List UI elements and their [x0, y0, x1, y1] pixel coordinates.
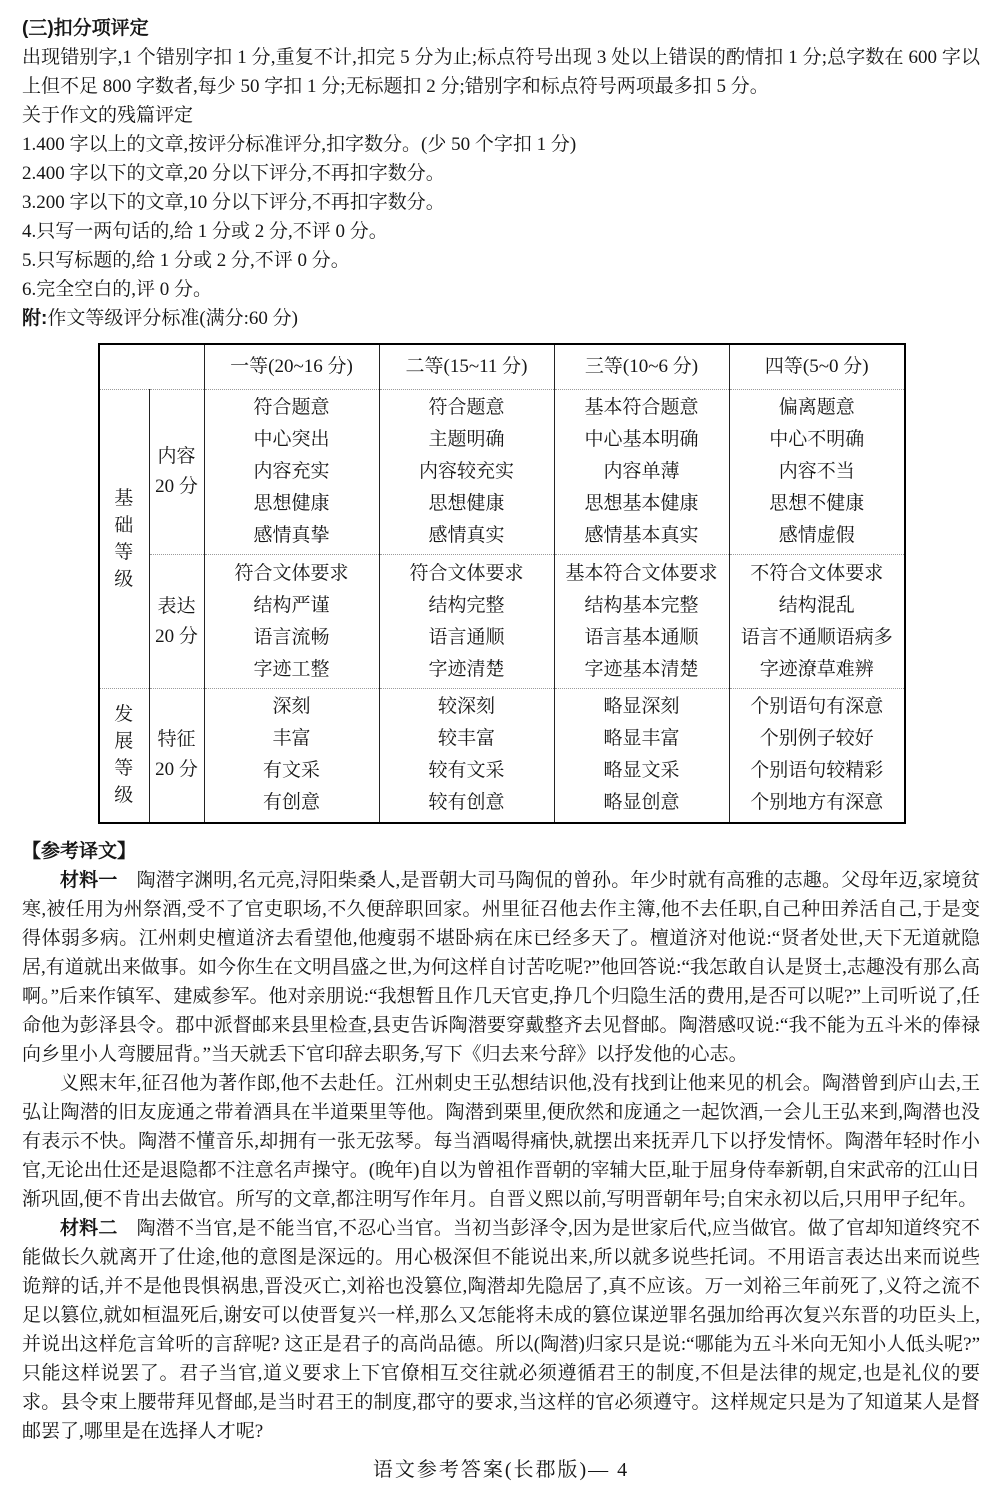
- table-caption-lead: 附:: [22, 308, 47, 329]
- cell-line: 结构基本完整: [555, 590, 729, 622]
- material-1-paragraph-1: 材料一 陶潜字渊明,名元亮,浔阳柴桑人,是晋朝大司马陶侃的曾孙。年少时就有高雅的…: [22, 866, 980, 1069]
- material-2-paragraph: 材料二 陶潜不当官,是不能当官,不忍心当官。当初当彭泽令,因为是世家后代,应当做…: [22, 1214, 980, 1446]
- rule-typo-punctuation: 出现错别字,1 个错别字扣 1 分,重复不计,扣完 5 分为止;标点符号出现 3…: [22, 43, 980, 101]
- cell-content-grade4: 偏离题意中心不明确内容不当思想不健康感情虚假: [729, 390, 905, 555]
- cell-line: 字迹清楚: [380, 654, 554, 686]
- material-2-text: 陶潜不当官,是不能当官,不忍心当官。当初当彭泽令,因为是世家后代,应当做官。做了…: [22, 1218, 980, 1442]
- cell-line: 语言通顺: [380, 622, 554, 654]
- cell-line: 中心基本明确: [555, 424, 729, 456]
- cell-line: 符合文体要求: [205, 558, 379, 590]
- rule-item-3: 3.200 字以下的文章,10 分以下评分,不再扣字数分。: [22, 188, 980, 217]
- table-row-feature: 发展等级 特征20 分 深刻丰富有文采有创意 较深刻较丰富较有文采较有创意 略显…: [99, 689, 905, 823]
- cell-line: 思想基本健康: [555, 488, 729, 520]
- cell-line: 略显文采: [555, 755, 729, 787]
- row-label-feature: 特征20 分: [149, 689, 204, 823]
- cell-line: 感情基本真实: [555, 520, 729, 552]
- table-row-content: 基础等级 内容20 分 符合题意中心突出内容充实思想健康感情真挚 符合题意主题明…: [99, 390, 905, 555]
- rule-item-2: 2.400 字以下的文章,20 分以下评分,不再扣字数分。: [22, 159, 980, 188]
- reference-translation-section: 【参考译文】 材料一 陶潜字渊明,名元亮,浔阳柴桑人,是晋朝大司马陶侃的曾孙。年…: [22, 837, 980, 1446]
- table-row-expression: 表达20 分 符合文体要求结构严谨语言流畅字迹工整 符合文体要求结构完整语言通顺…: [99, 555, 905, 689]
- cell-line: 符合文体要求: [380, 558, 554, 590]
- cell-feature-grade1: 深刻丰富有文采有创意: [204, 689, 379, 823]
- cell-line: 基本符合文体要求: [555, 558, 729, 590]
- cell-line: 内容不当: [730, 456, 905, 488]
- document-page: (三)扣分项评定 出现错别字,1 个错别字扣 1 分,重复不计,扣完 5 分为止…: [0, 0, 1000, 1509]
- deduction-heading: (三)扣分项评定: [22, 14, 980, 43]
- row-label-expression: 表达20 分: [149, 555, 204, 689]
- cell-line: 略显深刻: [555, 691, 729, 723]
- grading-table: 一等(20~16 分) 二等(15~11 分) 三等(10~6 分) 四等(5~…: [98, 343, 906, 824]
- cell-line: 表达: [150, 592, 204, 622]
- table-corner-cell: [99, 344, 204, 390]
- table-caption-text: 作文等级评分标准(满分:60 分): [47, 308, 298, 329]
- cell-line: 20 分: [150, 755, 204, 785]
- header-grade-1: 一等(20~16 分): [204, 344, 379, 390]
- cell-line: 较有创意: [380, 787, 554, 819]
- cell-line: 内容: [150, 442, 204, 472]
- table-caption: 附:作文等级评分标准(满分:60 分): [22, 304, 980, 333]
- cell-line: 语言流畅: [205, 622, 379, 654]
- header-grade-3: 三等(10~6 分): [554, 344, 729, 390]
- page-footer: 语文参考答案(长郡版)— 4: [22, 1456, 980, 1485]
- cell-expression-grade4: 不符合文体要求结构混乱语言不通顺语病多字迹潦草难辨: [729, 555, 905, 689]
- cell-line: 思想健康: [205, 488, 379, 520]
- cell-content-grade3: 基本符合题意中心基本明确内容单薄思想基本健康感情基本真实: [554, 390, 729, 555]
- cell-line: 20 分: [150, 622, 204, 652]
- deduction-rules-section: (三)扣分项评定 出现错别字,1 个错别字扣 1 分,重复不计,扣完 5 分为止…: [22, 14, 980, 333]
- group-label-basic-text: 基础等级: [114, 485, 135, 593]
- cell-line: 主题明确: [380, 424, 554, 456]
- cell-feature-grade3: 略显深刻略显丰富略显文采略显创意: [554, 689, 729, 823]
- group-label-development-text: 发展等级: [114, 701, 135, 809]
- table-header-row: 一等(20~16 分) 二等(15~11 分) 三等(10~6 分) 四等(5~…: [99, 344, 905, 390]
- cell-line: 结构严谨: [205, 590, 379, 622]
- cell-line: 偏离题意: [730, 392, 905, 424]
- cell-line: 特征: [150, 725, 204, 755]
- cell-line: 内容充实: [205, 456, 379, 488]
- rule-item-5: 5.只写标题的,给 1 分或 2 分,不评 0 分。: [22, 246, 980, 275]
- cell-line: 较丰富: [380, 723, 554, 755]
- cell-line: 内容单薄: [555, 456, 729, 488]
- cell-line: 内容较充实: [380, 456, 554, 488]
- cell-line: 有文采: [205, 755, 379, 787]
- cell-line: 较有文采: [380, 755, 554, 787]
- cell-line: 字迹潦草难辨: [730, 654, 905, 686]
- cell-line: 中心突出: [205, 424, 379, 456]
- cell-line: 结构完整: [380, 590, 554, 622]
- cell-line: 20 分: [150, 472, 204, 502]
- cell-line: 深刻: [205, 691, 379, 723]
- cell-expression-grade3: 基本符合文体要求结构基本完整语言基本通顺字迹基本清楚: [554, 555, 729, 689]
- cell-line: 语言不通顺语病多: [730, 622, 905, 654]
- material-1-paragraph-2: 义熙末年,征召他为著作郎,他不去赴任。江州刺史王弘想结识他,没有找到让他来见的机…: [22, 1069, 980, 1214]
- cell-line: 感情虚假: [730, 520, 905, 552]
- cell-line: 较深刻: [380, 691, 554, 723]
- cell-content-grade1: 符合题意中心突出内容充实思想健康感情真挚: [204, 390, 379, 555]
- material-1-label: 材料一: [60, 870, 117, 891]
- cell-line: 个别例子较好: [730, 723, 905, 755]
- cell-line: 基本符合题意: [555, 392, 729, 424]
- header-grade-2: 二等(15~11 分): [379, 344, 554, 390]
- group-label-development: 发展等级: [99, 689, 149, 823]
- incomplete-essay-heading: 关于作文的残篇评定: [22, 101, 980, 130]
- cell-line: 符合题意: [205, 392, 379, 424]
- cell-line: 思想不健康: [730, 488, 905, 520]
- cell-expression-grade1: 符合文体要求结构严谨语言流畅字迹工整: [204, 555, 379, 689]
- cell-feature-grade4: 个别语句有深意个别例子较好个别语句较精彩个别地方有深意: [729, 689, 905, 823]
- cell-feature-grade2: 较深刻较丰富较有文采较有创意: [379, 689, 554, 823]
- cell-line: 语言基本通顺: [555, 622, 729, 654]
- cell-line: 略显创意: [555, 787, 729, 819]
- rule-item-4: 4.只写一两句话的,给 1 分或 2 分,不评 0 分。: [22, 217, 980, 246]
- rule-item-1: 1.400 字以上的文章,按评分标准评分,扣字数分。(少 50 个字扣 1 分): [22, 130, 980, 159]
- rule-item-6: 6.完全空白的,评 0 分。: [22, 275, 980, 304]
- cell-line: 略显丰富: [555, 723, 729, 755]
- cell-expression-grade2: 符合文体要求结构完整语言通顺字迹清楚: [379, 555, 554, 689]
- cell-line: 个别语句较精彩: [730, 755, 905, 787]
- cell-line: 丰富: [205, 723, 379, 755]
- cell-line: 个别语句有深意: [730, 691, 905, 723]
- translation-heading: 【参考译文】: [22, 837, 980, 866]
- header-grade-4: 四等(5~0 分): [729, 344, 905, 390]
- cell-line: 感情真挚: [205, 520, 379, 552]
- cell-content-grade2: 符合题意主题明确内容较充实思想健康感情真实: [379, 390, 554, 555]
- cell-line: 符合题意: [380, 392, 554, 424]
- cell-line: 字迹基本清楚: [555, 654, 729, 686]
- group-label-basic: 基础等级: [99, 390, 149, 689]
- material-2-label: 材料二: [60, 1218, 117, 1239]
- cell-line: 结构混乱: [730, 590, 905, 622]
- cell-line: 个别地方有深意: [730, 787, 905, 819]
- cell-line: 感情真实: [380, 520, 554, 552]
- row-label-content: 内容20 分: [149, 390, 204, 555]
- material-1-text: 陶潜字渊明,名元亮,浔阳柴桑人,是晋朝大司马陶侃的曾孙。年少时就有高雅的志趣。父…: [22, 870, 980, 1065]
- cell-line: 有创意: [205, 787, 379, 819]
- cell-line: 字迹工整: [205, 654, 379, 686]
- cell-line: 思想健康: [380, 488, 554, 520]
- cell-line: 不符合文体要求: [730, 558, 905, 590]
- cell-line: 中心不明确: [730, 424, 905, 456]
